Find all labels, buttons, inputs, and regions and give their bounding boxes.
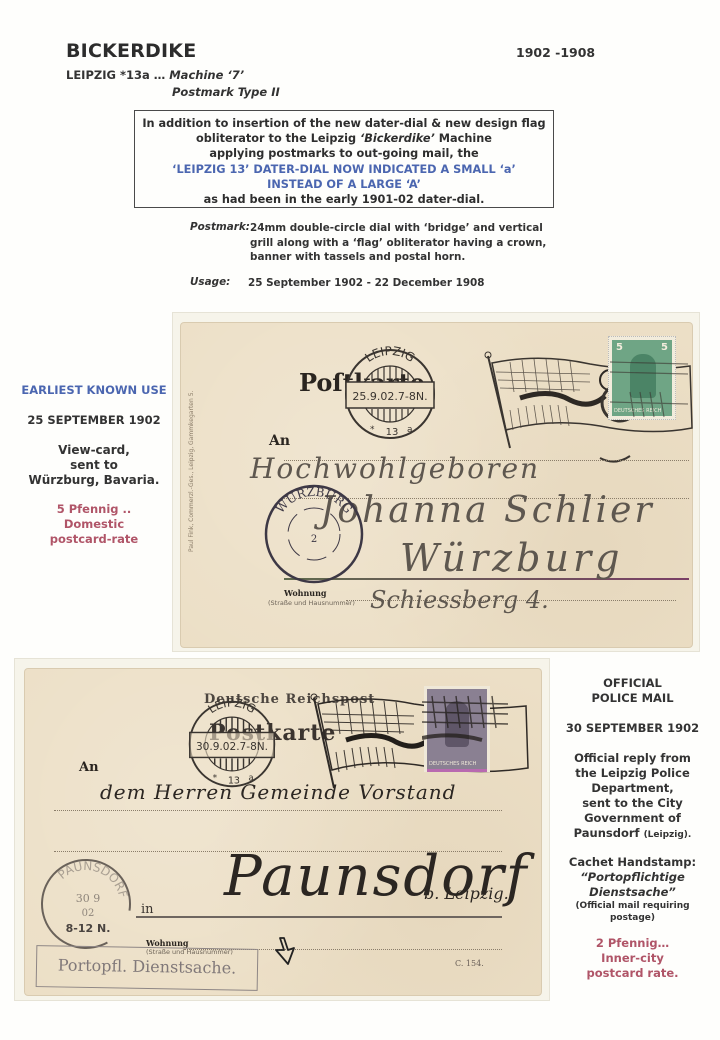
svg-text:02: 02: [82, 908, 95, 919]
subtitle-prefix: LEIPZIG *13a …: [66, 68, 165, 82]
postmark-type: Postmark Type II: [172, 85, 280, 99]
earliest-known-use-heading: EARLIEST KNOWN USE: [14, 383, 174, 398]
an-label: An: [79, 760, 99, 775]
postmark-label: Postmark:: [190, 221, 250, 233]
svg-text:8-12 N.: 8-12 N.: [66, 922, 111, 935]
handwritten-address-line-4: Schiessberg 4.: [370, 586, 549, 614]
handwritten-address-line-1: Hochwohlgeboren: [250, 452, 540, 485]
svg-text:LEIPZIG: LEIPZIG: [205, 696, 258, 716]
address-line-3: [136, 916, 502, 918]
postcard-2: Deutsche Reichspost Postkarte LEIPZIG 30…: [24, 668, 542, 996]
left-annotation: EARLIEST KNOWN USE 25 SEPTEMBER 1902 Vie…: [14, 383, 174, 547]
pointer-arrow-icon: [274, 936, 298, 966]
svg-text:25.9.02.7-8N.: 25.9.02.7-8N.: [352, 390, 427, 403]
note-line-4: ‘LEIPZIG 13’ DATER-DIAL NOW INDICATED A …: [135, 162, 553, 177]
card1-rate: 5 Pfennig .. Domestic postcard-rate: [14, 502, 174, 547]
svg-text:2: 2: [311, 534, 317, 545]
handwritten-address-line-3: b. Leipzig.: [424, 884, 509, 903]
card2-description: Official reply from the Leipzig Police D…: [550, 751, 715, 843]
an-label: An: [269, 433, 290, 449]
handwritten-address-line-3: Würzburg: [400, 536, 623, 580]
wohnung-sublabel: (Straße und Hausnummer): [268, 599, 355, 607]
leipzig-postmark-icon: LEIPZIG 30.9.02.7-8N. 13 a *: [184, 696, 280, 792]
note-line-1: In addition to insertion of the new date…: [135, 116, 553, 131]
address-line-1: [54, 810, 502, 811]
postmark-description: 24mm double-circle dial with ‘bridge’ an…: [250, 221, 550, 265]
note-line-5: INSTEAD OF A LARGE ‘A’: [135, 177, 553, 192]
wurzburg-arrival-postmark-icon: WÜRZBURG 2: [262, 482, 366, 586]
card1-date: 25 SEPTEMBER 1902: [14, 413, 174, 428]
official-police-mail-heading: OFFICIAL POLICE MAIL: [550, 676, 715, 706]
leipzig-postmark-icon: LEIPZIG 25.9.02.7-8N. 13 a *: [340, 344, 440, 444]
svg-text:*: *: [370, 425, 375, 435]
usage-text: 25 September 1902 - 22 December 1908: [248, 276, 485, 291]
note-line-3: applying postmarks to out-going mail, th…: [135, 146, 553, 161]
cachet-note: (Official mail requiring postage): [550, 900, 715, 924]
cachet-handstamp: Portopfl. Dienstsache.: [36, 945, 259, 991]
svg-text:13: 13: [386, 427, 399, 438]
flag-cancel-on-stamp-icon: [422, 692, 512, 772]
handwritten-address-line-2: Johanna Schlier: [320, 490, 655, 531]
info-box: In addition to insertion of the new date…: [134, 110, 554, 208]
wohnung-label: Wohnung: [284, 588, 327, 598]
subtitle-machine: Machine ‘7’: [169, 68, 244, 82]
svg-text:30 9: 30 9: [76, 892, 101, 905]
svg-text:a: a: [407, 425, 413, 435]
in-label: in: [141, 902, 154, 917]
svg-text:LEIPZIG: LEIPZIG: [362, 344, 417, 365]
subtitle: LEIPZIG *13a …Machine ‘7’: [66, 68, 244, 82]
svg-text:WÜRZBURG: WÜRZBURG: [273, 485, 355, 516]
page-title: BICKERDIKE: [66, 40, 196, 62]
cachet-text: “Portopflichtige Dienstsache”: [550, 870, 715, 900]
handwritten-address-line-1: dem Herren Gemeinde Vorstand: [100, 780, 456, 804]
note-line-6: as had been in the early 1901-02 dater-d…: [135, 192, 553, 207]
flag-cancel-on-stamp-icon: [610, 342, 690, 422]
paunsdorf-arrival-postmark-icon: PAUNSDORF 30 9 02 8-12 N.: [36, 854, 136, 954]
card2-rate: 2 Pfennig… Inner-city postcard rate.: [550, 936, 715, 981]
card2-date: 30 SEPTEMBER 1902: [550, 721, 715, 736]
card1-description: View-card, sent to Würzburg, Bavaria.: [14, 443, 174, 488]
svg-text:30.9.02.7-8N.: 30.9.02.7-8N.: [196, 741, 268, 753]
usage-label: Usage:: [190, 276, 230, 288]
postcard-1: Paul Fink, Commerzl.-Ges., Leipzig, Gamm…: [180, 322, 693, 648]
date-range: 1902 -1908: [516, 45, 595, 60]
right-annotation: OFFICIAL POLICE MAIL 30 SEPTEMBER 1902 O…: [550, 676, 715, 981]
cachet-label: Cachet Handstamp:: [550, 855, 715, 870]
note-line-2: obliterator to the Leipzig ‘Bickerdike’ …: [135, 131, 553, 146]
printer-imprint: Paul Fink, Commerzl.-Ges., Leipzig, Gamm…: [188, 391, 195, 552]
form-code: C. 154.: [455, 959, 484, 968]
